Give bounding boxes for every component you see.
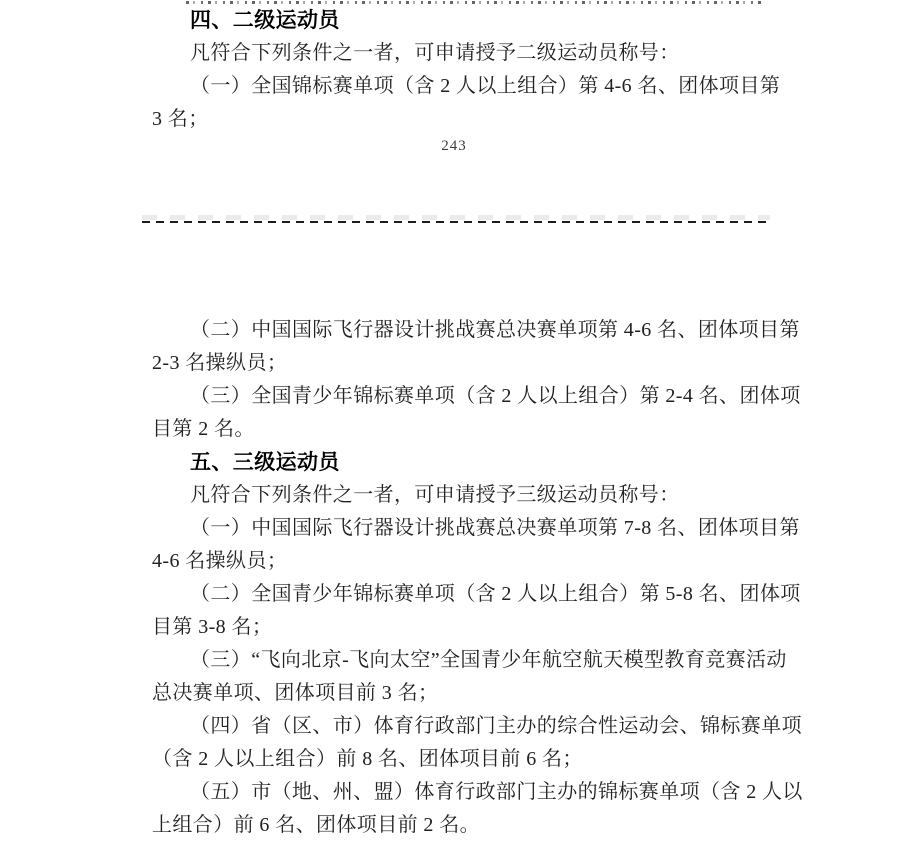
text-line: （一）中国国际飞行器设计挑战赛总决赛单项第 7-8 名、团体项目第 <box>152 512 777 545</box>
text-line: 上组合）前 6 名、团体项目前 2 名。 <box>152 809 777 842</box>
section-heading-grade2-athlete: 四、二级运动员 <box>152 4 777 37</box>
text-line: （一）全国锦标赛单项（含 2 人以上组合）第 4-6 名、团体项目第 <box>152 70 777 103</box>
next-page-text-block: （二）中国国际飞行器设计挑战赛总决赛单项第 4-6 名、团体项目第 2-3 名操… <box>152 314 777 842</box>
text-line: （含 2 人以上组合）前 8 名、团体项目前 6 名； <box>152 743 777 776</box>
text-line: 凡符合下列条件之一者，可申请授予二级运动员称号： <box>152 37 777 70</box>
text-line: 3 名； <box>152 103 777 136</box>
text-line: 2-3 名操纵员； <box>152 347 777 380</box>
text-line: （二）全国青少年锦标赛单项（含 2 人以上组合）第 5-8 名、团体项 <box>152 578 777 611</box>
text-line: 目第 2 名。 <box>152 413 777 446</box>
text-line: 目第 3-8 名； <box>152 611 777 644</box>
text-line: （五）市（地、州、盟）体育行政部门主办的锦标赛单项（含 2 人以 <box>152 776 777 809</box>
text-line: （二）中国国际飞行器设计挑战赛总决赛单项第 4-6 名、团体项目第 <box>152 314 777 347</box>
page-number: 243 <box>0 137 908 155</box>
document-page: 四、二级运动员 凡符合下列条件之一者，可申请授予二级运动员称号： （一）全国锦标… <box>0 0 908 853</box>
text-line: 总决赛单项、团体项目前 3 名； <box>152 677 777 710</box>
text-line: （三）全国青少年锦标赛单项（含 2 人以上组合）第 2-4 名、团体项 <box>152 380 777 413</box>
page-break-dashed-line <box>142 221 772 223</box>
page-break-ghost-line <box>142 215 770 220</box>
text-line: 凡符合下列条件之一者，可申请授予三级运动员称号： <box>152 479 777 512</box>
text-line: （三）“飞向北京-飞向太空”全国青少年航空航天模型教育竞赛活动 <box>152 644 777 677</box>
text-line: 4-6 名操纵员； <box>152 545 777 578</box>
text-line: （四）省（区、市）体育行政部门主办的综合性运动会、锦标赛单项 <box>152 710 777 743</box>
page-243-text-block: 四、二级运动员 凡符合下列条件之一者，可申请授予二级运动员称号： （一）全国锦标… <box>152 4 777 136</box>
section-heading-grade3-athlete: 五、三级运动员 <box>152 446 777 479</box>
